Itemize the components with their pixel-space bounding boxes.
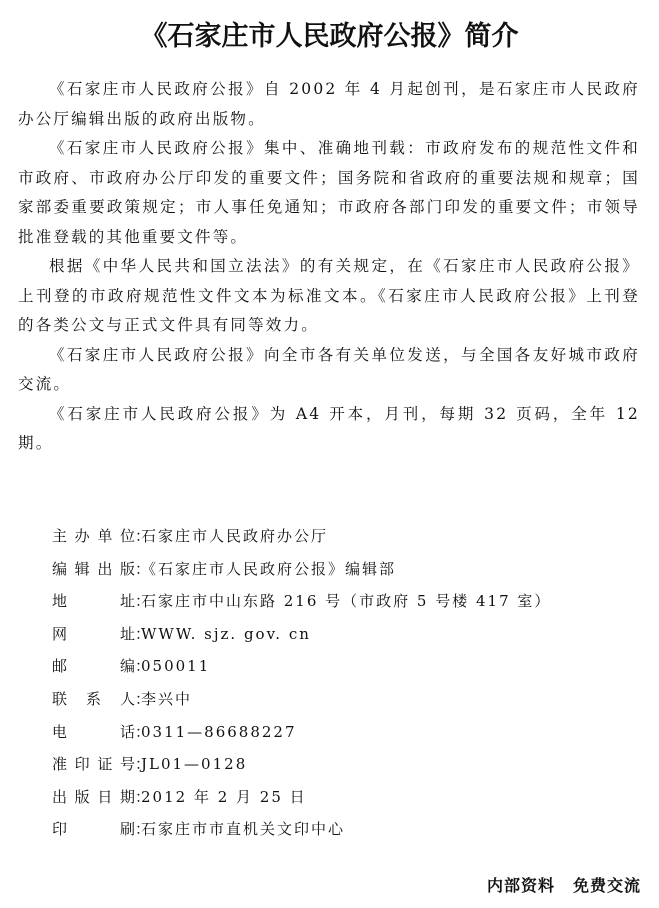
paragraph-contents: 《石家庄市人民政府公报》集中、准确地刊载：市政府发布的规范性文件和市政府、市政府… bbox=[18, 134, 640, 252]
internal-material-label: 内部资料 bbox=[487, 876, 555, 895]
free-exchange-label: 免费交流 bbox=[573, 876, 641, 895]
info-value: 《石家庄市人民政府公报》编辑部 bbox=[141, 553, 396, 586]
info-row-printer: 印刷：石家庄市市直机关文印中心 bbox=[52, 813, 551, 846]
info-label: 邮编 bbox=[52, 650, 135, 683]
publication-info: 主办单位：石家庄市人民政府办公厅 编辑出版：《石家庄市人民政府公报》编辑部 地址… bbox=[52, 520, 551, 846]
info-row-date: 出版日期：2012 年 2 月 25 日 bbox=[52, 781, 551, 814]
info-label: 出版日期 bbox=[52, 781, 135, 814]
info-value: JL01—0128 bbox=[141, 748, 247, 781]
info-label: 准印证号 bbox=[52, 748, 135, 781]
info-row-website: 网址：WWW. sjz. gov. cn bbox=[52, 618, 551, 651]
paragraph-format: 《石家庄市人民政府公报》为 A4 开本，月刊，每期 32 页码，全年 12 期。 bbox=[18, 400, 640, 459]
info-row-editor: 编辑出版：《石家庄市人民政府公报》编辑部 bbox=[52, 553, 551, 586]
footer-note: 内部资料免费交流 bbox=[487, 873, 641, 896]
paragraph-founding: 《石家庄市人民政府公报》自 2002 年 4 月起创刊，是石家庄市人民政府办公厅… bbox=[18, 75, 640, 134]
info-value: 石家庄市市直机关文印中心 bbox=[141, 813, 345, 846]
info-label: 印刷 bbox=[52, 813, 135, 846]
info-row-contact: 联系人：李兴中 bbox=[52, 683, 551, 716]
page-title: 《石家庄市人民政府公报》简介 bbox=[0, 14, 659, 53]
info-value: 李兴中 bbox=[141, 683, 192, 716]
info-row-postcode: 邮编：050011 bbox=[52, 650, 551, 683]
paragraph-distribution: 《石家庄市人民政府公报》向全市各有关单位发送，与全国各友好城市政府交流。 bbox=[18, 341, 640, 400]
intro-body: 《石家庄市人民政府公报》自 2002 年 4 月起创刊，是石家庄市人民政府办公厅… bbox=[18, 75, 640, 459]
info-label: 网址 bbox=[52, 618, 135, 651]
info-value: 石家庄市中山东路 216 号（市政府 5 号楼 417 室） bbox=[141, 585, 551, 618]
paragraph-legal-effect: 根据《中华人民共和国立法法》的有关规定，在《石家庄市人民政府公报》上刊登的市政府… bbox=[18, 252, 640, 341]
info-label: 主办单位 bbox=[52, 520, 135, 553]
info-value: 石家庄市人民政府办公厅 bbox=[141, 520, 328, 553]
info-row-phone: 电话：0311—86688227 bbox=[52, 716, 551, 749]
info-row-address: 地址：石家庄市中山东路 216 号（市政府 5 号楼 417 室） bbox=[52, 585, 551, 618]
info-value: 050011 bbox=[141, 650, 210, 683]
info-row-permit: 准印证号：JL01—0128 bbox=[52, 748, 551, 781]
info-value: 2012 年 2 月 25 日 bbox=[141, 781, 307, 814]
info-label: 编辑出版 bbox=[52, 553, 135, 586]
info-label: 电话 bbox=[52, 716, 135, 749]
info-value: 0311—86688227 bbox=[141, 716, 297, 749]
info-label: 地址 bbox=[52, 585, 135, 618]
website-link[interactable]: WWW. sjz. gov. cn bbox=[141, 618, 311, 651]
info-row-sponsor: 主办单位：石家庄市人民政府办公厅 bbox=[52, 520, 551, 553]
info-label: 联系人 bbox=[52, 683, 135, 716]
